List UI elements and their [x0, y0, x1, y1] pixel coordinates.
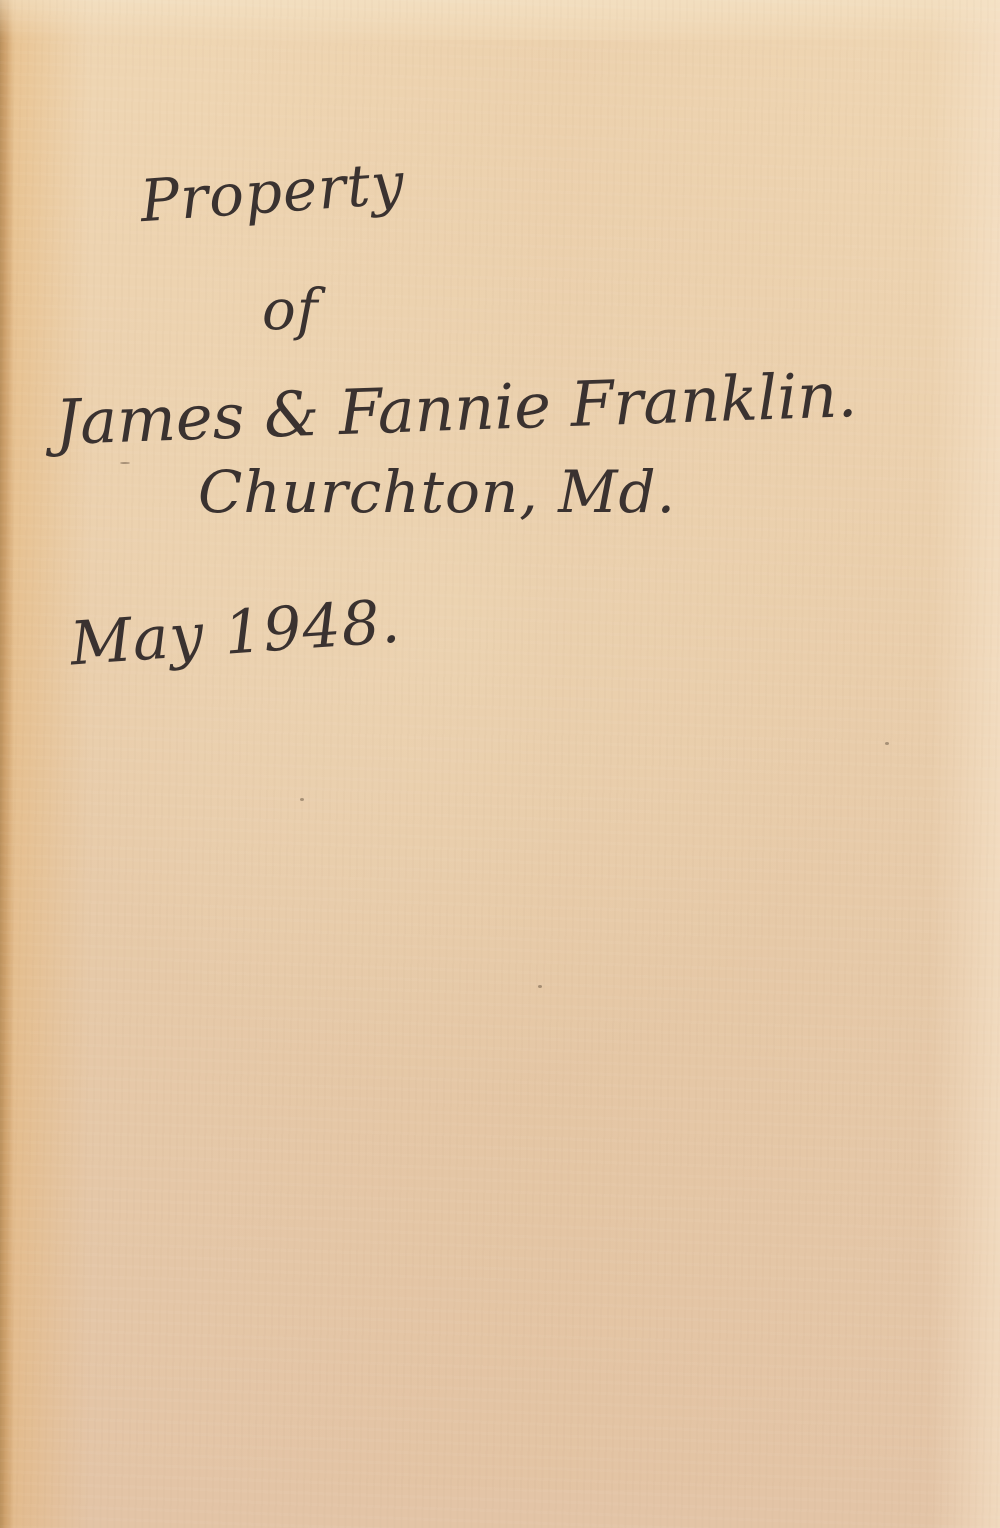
inscription-line-place: Churchton, Md. [198, 458, 676, 526]
paper-speck [885, 742, 889, 745]
book-flyleaf-page: Property of James & Fannie Franklin. Chu… [0, 0, 1000, 1528]
paper-speck [538, 985, 542, 988]
inscription-line-of: of [262, 278, 318, 343]
paper-speck [120, 462, 130, 464]
paper-speck [300, 798, 304, 801]
